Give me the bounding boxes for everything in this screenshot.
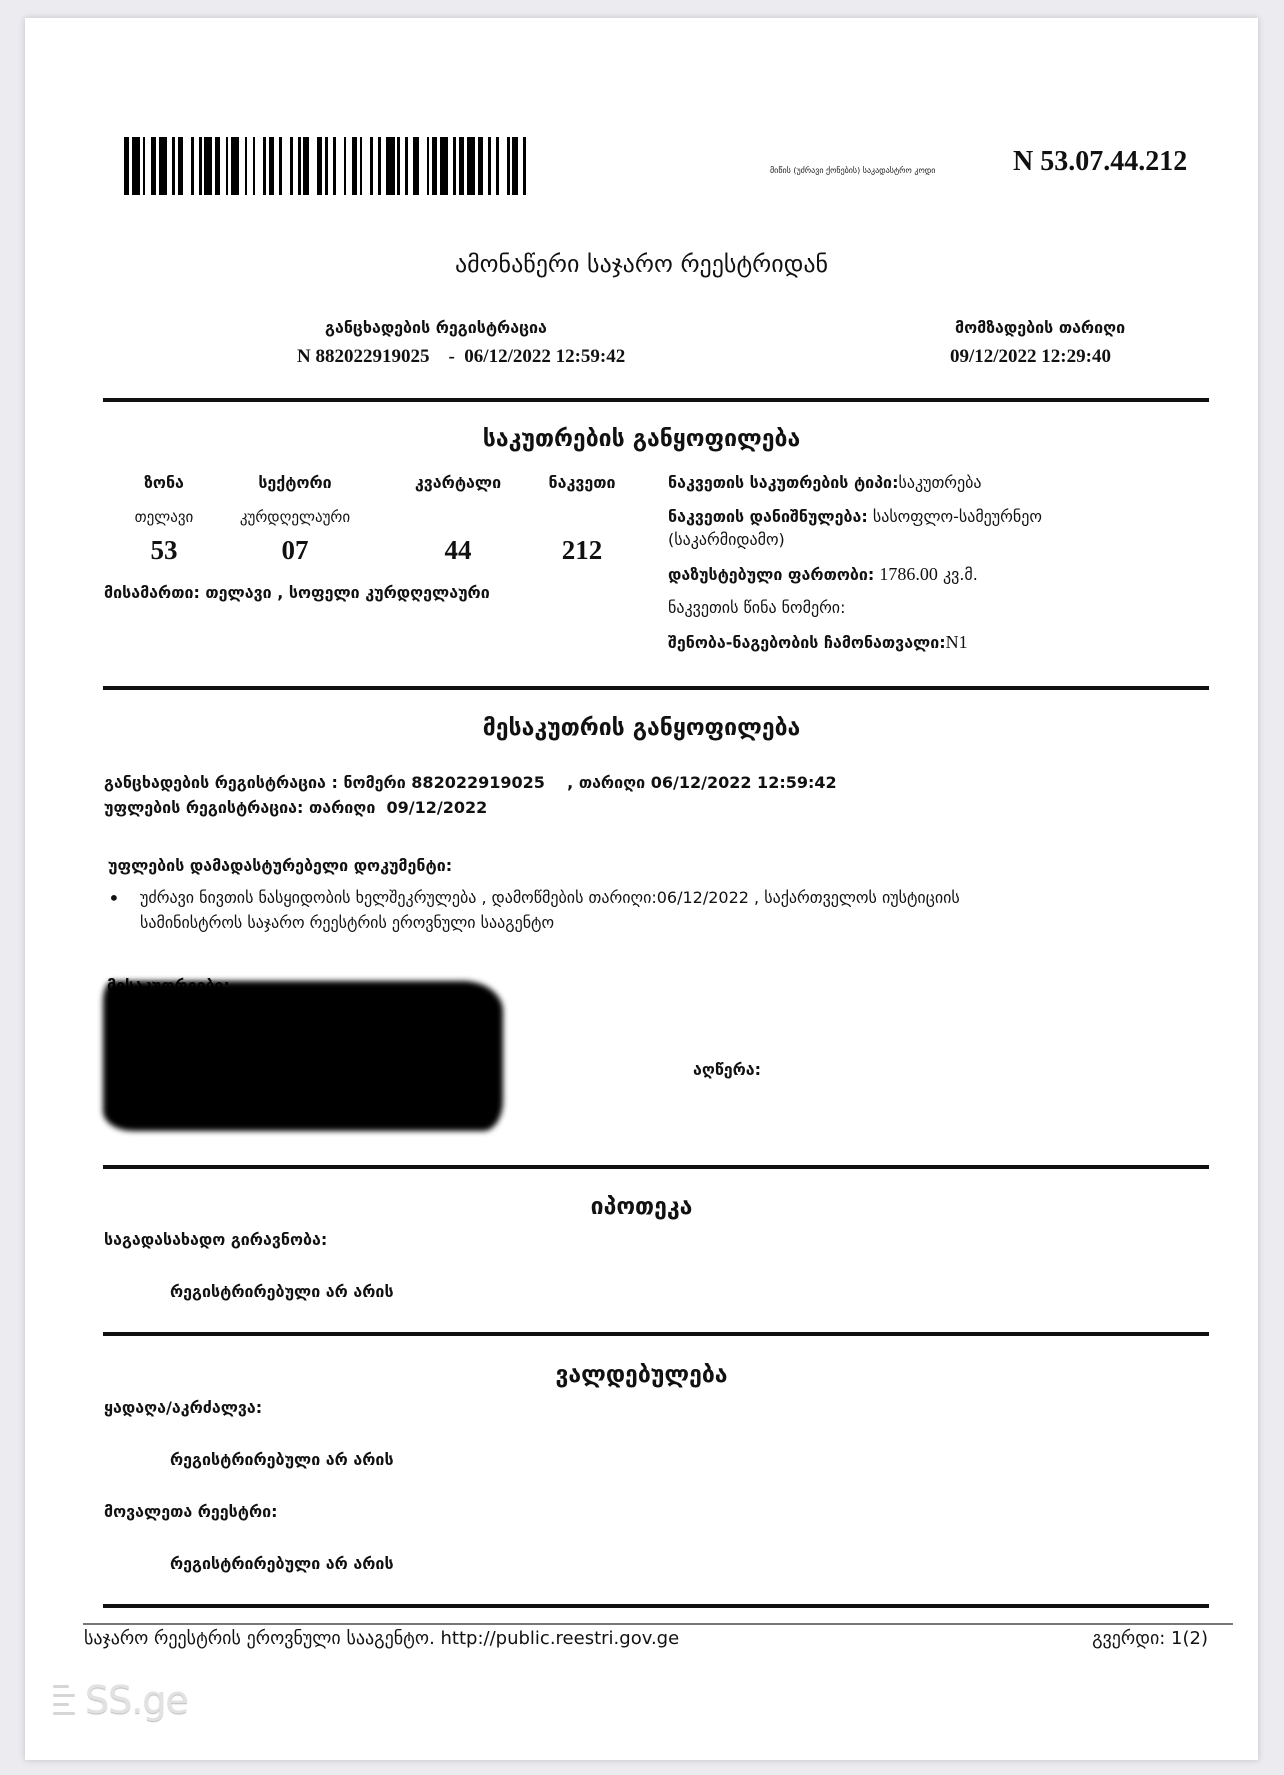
area-label: დაზუსტებული ფართობი:: [668, 565, 874, 584]
cadastral-code: N 53.07.44.212: [1013, 146, 1187, 178]
zone-code: 53: [104, 535, 224, 566]
cadastral-code-label: მიწის (უძრავი ქონების) საკადასტრო კოდი: [770, 166, 935, 175]
supporting-document-label: უფლების დამადასტურებელი დოკუმენტი:: [108, 856, 452, 875]
quarter-label: კვარტალი: [398, 473, 518, 492]
quarter-code: 44: [398, 535, 518, 566]
divider: [103, 1604, 1209, 1608]
barcode-icon: [124, 137, 535, 195]
owner-application-registration: განცხადების რეგისტრაცია : ნომერი 8820229…: [104, 773, 837, 792]
parcel-purpose: ნაკვეთის დანიშნულება: სასოფლო-სამეურნეო: [668, 507, 1042, 526]
application-registration-label: განცხადების რეგისტრაცია: [325, 318, 547, 337]
buildings-list: შენობა-ნაგებობის ჩამონათვალი:N1: [668, 632, 968, 653]
buildings-label: შენობა-ნაგებობის ჩამონათვალი:: [668, 633, 946, 652]
divider: [103, 686, 1209, 690]
page-number: გვერდი: 1(2): [1092, 1628, 1208, 1649]
ownership-type-value: საკუთრება: [898, 473, 981, 492]
ss-logo-icon: [53, 1685, 75, 1715]
area-unit: კვ.მ.: [943, 565, 978, 584]
supporting-document-line1: უძრავი ნივთის ნასყიდობის ხელშეკრულება , …: [140, 888, 960, 907]
preparation-date-label: მომზადების თარიღი: [955, 318, 1125, 337]
debtors-registry-value: რეგისტრირებული არ არის: [170, 1554, 394, 1573]
preparation-date-value: 09/12/2022 12:29:40: [950, 346, 1111, 368]
parcel-label: ნაკვეთი: [522, 473, 642, 492]
tax-lien-label: საგადასახადო გირავნობა:: [104, 1230, 327, 1249]
mortgage-section-title: იპოთეკა: [25, 1194, 1258, 1220]
description-label: აღწერა:: [693, 1060, 761, 1079]
previous-number: ნაკვეთის წინა ნომერი:: [668, 598, 845, 617]
buildings-value: N1: [946, 632, 968, 652]
ownership-type-label: ნაკვეთის საკუთრების ტიპი:: [668, 473, 898, 492]
sector-label: სექტორი: [235, 473, 355, 492]
property-section-title: საკუთრების განყოფილება: [25, 426, 1258, 452]
purpose-value: სასოფლო-სამეურნეო: [873, 507, 1042, 526]
divider: [103, 1165, 1209, 1169]
watermark-text: SS.ge: [85, 1678, 188, 1722]
right-registration: უფლების რეგისტრაცია: თარიღი 09/12/2022: [104, 798, 487, 817]
address: მისამართი: თელავი , სოფელი კურდღელაური: [104, 583, 490, 602]
divider: [103, 398, 1209, 402]
footer-divider: [83, 1623, 1233, 1625]
ownership-type: ნაკვეთის საკუთრების ტიპი:საკუთრება: [668, 473, 982, 492]
previous-number-label: ნაკვეთის წინა ნომერი:: [668, 598, 845, 617]
footer-agency: საჯარო რეესტრის ეროვნული სააგენტო. http:…: [84, 1628, 679, 1649]
seizure-value: რეგისტრირებული არ არის: [170, 1450, 394, 1469]
zone-name: თელავი: [89, 508, 239, 526]
sector-code: 07: [235, 535, 355, 566]
bullet-icon: •: [108, 886, 120, 910]
document-page: მიწის (უძრავი ქონების) საკადასტრო კოდი N…: [25, 18, 1258, 1760]
tax-lien-value: რეგისტრირებული არ არის: [170, 1282, 394, 1301]
debtors-registry-label: მოვალეთა რეესტრი:: [104, 1502, 278, 1521]
supporting-document-line2: სამინისტროს საჯარო რეესტრის ეროვნული საა…: [140, 913, 554, 932]
divider: [103, 1332, 1209, 1336]
area-value: 1786.00: [879, 564, 938, 584]
sector-name: კურდღელაური: [220, 508, 370, 526]
zone-label: ზონა: [104, 473, 224, 492]
document-title: ამონაწერი საჯარო რეესტრიდან: [25, 250, 1258, 278]
owner-section-title: მესაკუთრის განყოფილება: [25, 715, 1258, 741]
application-registration-value: N 882022919025 - 06/12/2022 12:59:42: [297, 346, 625, 368]
purpose-label: ნაკვეთის დანიშნულება:: [668, 507, 868, 526]
obligations-section-title: ვალდებულება: [25, 1362, 1258, 1388]
seizure-label: ყადაღა/აკრძალვა:: [104, 1398, 262, 1417]
watermark-logo: SS.ge: [53, 1678, 188, 1722]
parcel-code: 212: [522, 535, 642, 566]
parcel-area: დაზუსტებული ფართობი: 1786.00 კვ.მ.: [668, 564, 978, 585]
purpose-value-continued: (საკარმიდამო): [668, 530, 785, 549]
redacted-owner-info: [103, 981, 503, 1131]
